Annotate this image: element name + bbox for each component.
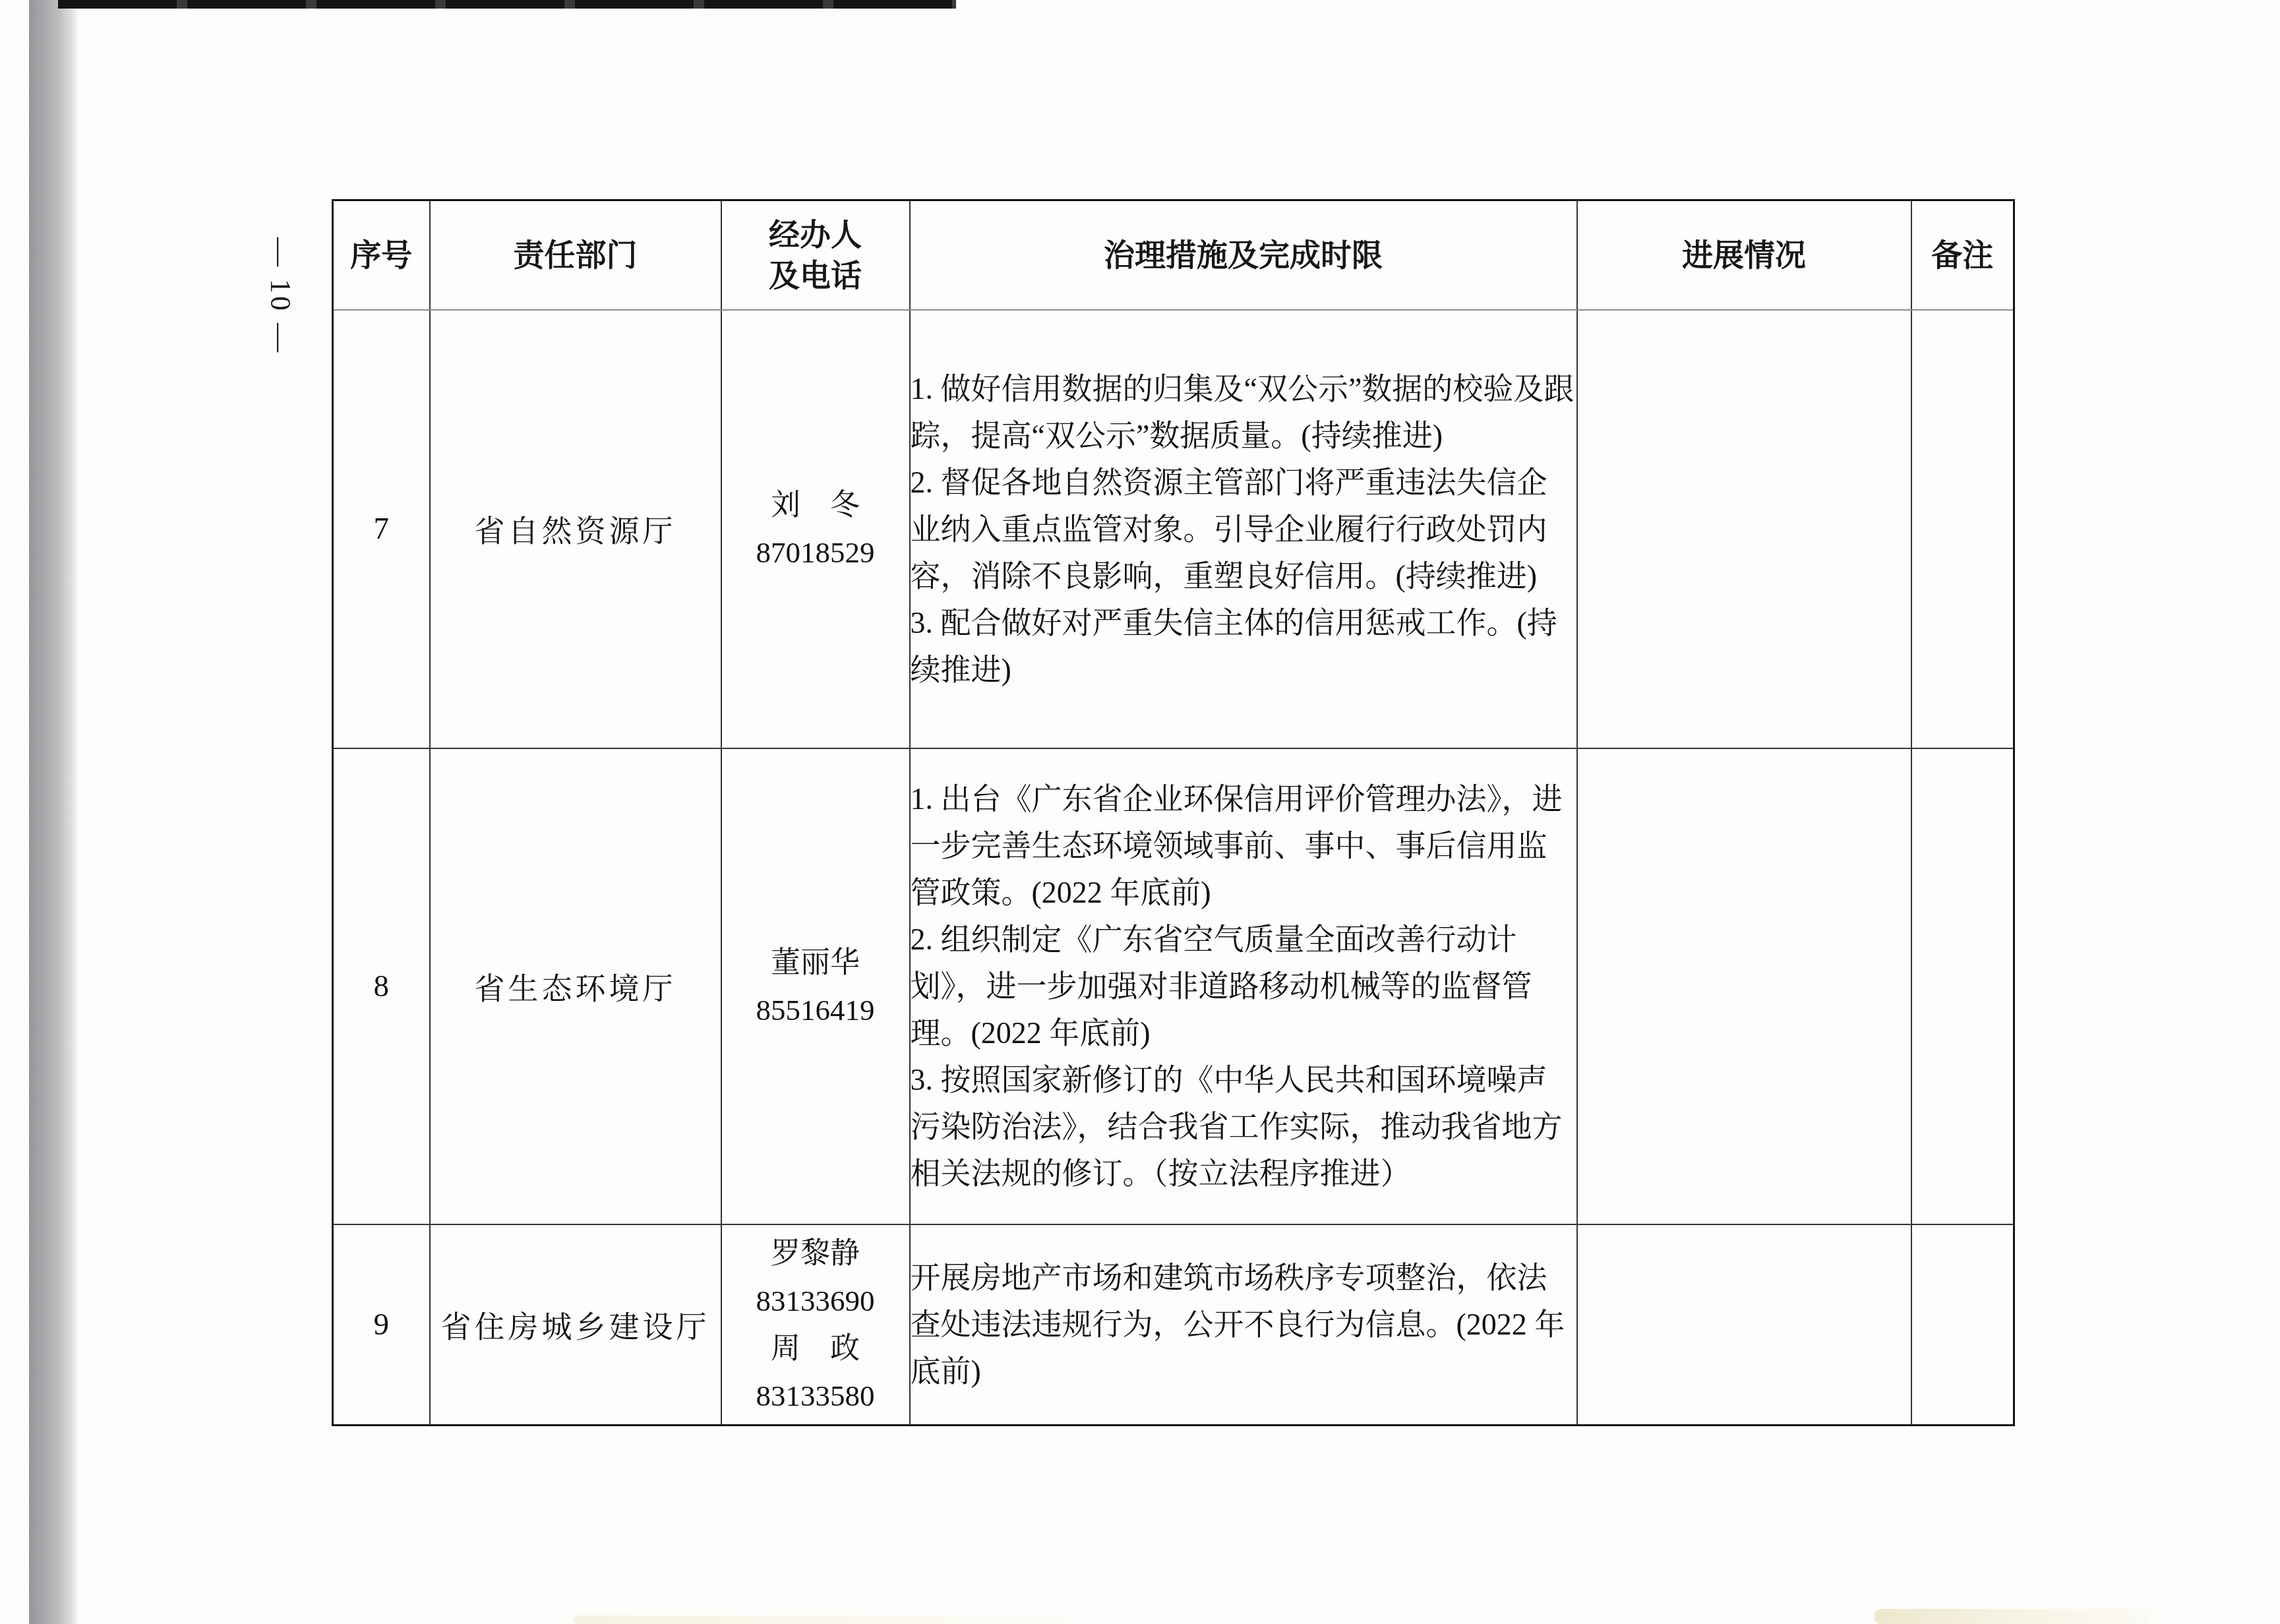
col-header-progress: 进展情况 — [1577, 200, 1911, 310]
scan-top-streak-artifact — [58, 0, 956, 9]
table-row: 9 省住房城乡建设厅 罗黎静 83133690 周 政 83133580 开展房… — [333, 1224, 2014, 1426]
measures-cell: 开展房地产市场和建筑市场秩序专项整治，依法查处违法违规行为，公开不良行为信息。(… — [910, 1224, 1577, 1426]
remark-cell — [1911, 1224, 2014, 1426]
col-header-remark: 备注 — [1911, 200, 2014, 310]
measure-item: 1. 出台《广东省企业环保信用评价管理办法》，进一步完善生态环境领域事前、事中、… — [911, 775, 1576, 916]
measure-item: 2. 组织制定《广东省空气质量全面改善行动计划》，进一步加强对非道路移动机械等的… — [911, 916, 1576, 1056]
measure-item: 2. 督促各地自然资源主管部门将严重违法失信企业纳入重点监管对象。引导企业履行行… — [911, 459, 1576, 599]
measure-item: 3. 按照国家新修订的《中华人民共和国环境噪声污染防治法》，结合我省工作实际，推… — [911, 1056, 1576, 1197]
measure-item: 开展房地产市场和建筑市场秩序专项整治，依法查处违法违规行为，公开不良行为信息。(… — [911, 1254, 1576, 1395]
col-header-department: 责任部门 — [430, 200, 721, 310]
remark-cell — [1911, 310, 2014, 748]
progress-cell — [1577, 748, 1911, 1224]
contact-name: 刘 冬 — [722, 481, 909, 529]
scanned-document-page: — 10 — 序号 责任部门 经办人 及电话 治理措施及完成时限 进展情况 备注… — [0, 0, 2280, 1624]
table-row: 7 省自然资源厅 刘 冬 87018529 1. 做好信用数据的归集及“双公示”… — [333, 310, 2014, 748]
remark-cell — [1911, 748, 2014, 1224]
row-index: 7 — [333, 310, 430, 748]
contact-name: 周 政 — [722, 1325, 909, 1372]
scan-edge-shadow — [29, 0, 79, 1624]
measure-item: 3. 配合做好对严重失信主体的信用惩戒工作。(持续推进) — [911, 599, 1576, 693]
measures-cell: 1. 做好信用数据的归集及“双公示”数据的校验及跟踪，提高“双公示”数据质量。(… — [910, 310, 1577, 748]
page-number: — 10 — — [260, 217, 300, 375]
contact-cell: 董丽华 85516419 — [721, 748, 910, 1224]
progress-cell — [1577, 1224, 1911, 1426]
contact-name: 董丽华 — [722, 939, 909, 986]
col-header-measures: 治理措施及完成时限 — [910, 200, 1577, 310]
progress-cell — [1577, 310, 1911, 748]
contact-phone: 83133580 — [722, 1372, 909, 1420]
department-cell: 省住房城乡建设厅 — [430, 1224, 721, 1426]
department-cell: 省生态环境厅 — [430, 748, 721, 1224]
table-row: 8 省生态环境厅 董丽华 85516419 1. 出台《广东省企业环保信用评价管… — [333, 748, 2014, 1224]
contact-name: 罗黎静 — [722, 1230, 909, 1277]
scan-smudge — [574, 1615, 1075, 1624]
contact-phone: 87018529 — [722, 529, 909, 576]
scan-smudge — [1874, 1609, 2151, 1624]
col-header-contact: 经办人 及电话 — [721, 200, 910, 310]
contact-cell: 刘 冬 87018529 — [721, 310, 910, 748]
contact-cell: 罗黎静 83133690 周 政 83133580 — [721, 1224, 910, 1426]
responsibility-table: 序号 责任部门 经办人 及电话 治理措施及完成时限 进展情况 备注 7 省自然资… — [332, 199, 2015, 1426]
col-header-index: 序号 — [333, 200, 430, 310]
contact-phone: 83133690 — [722, 1277, 909, 1325]
table-header-row: 序号 责任部门 经办人 及电话 治理措施及完成时限 进展情况 备注 — [333, 200, 2014, 310]
measure-item: 1. 做好信用数据的归集及“双公示”数据的校验及跟踪，提高“双公示”数据质量。(… — [911, 365, 1576, 459]
row-index: 9 — [333, 1224, 430, 1426]
measures-cell: 1. 出台《广东省企业环保信用评价管理办法》，进一步完善生态环境领域事前、事中、… — [910, 748, 1577, 1224]
row-index: 8 — [333, 748, 430, 1224]
department-cell: 省自然资源厅 — [430, 310, 721, 748]
contact-phone: 85516419 — [722, 986, 909, 1034]
